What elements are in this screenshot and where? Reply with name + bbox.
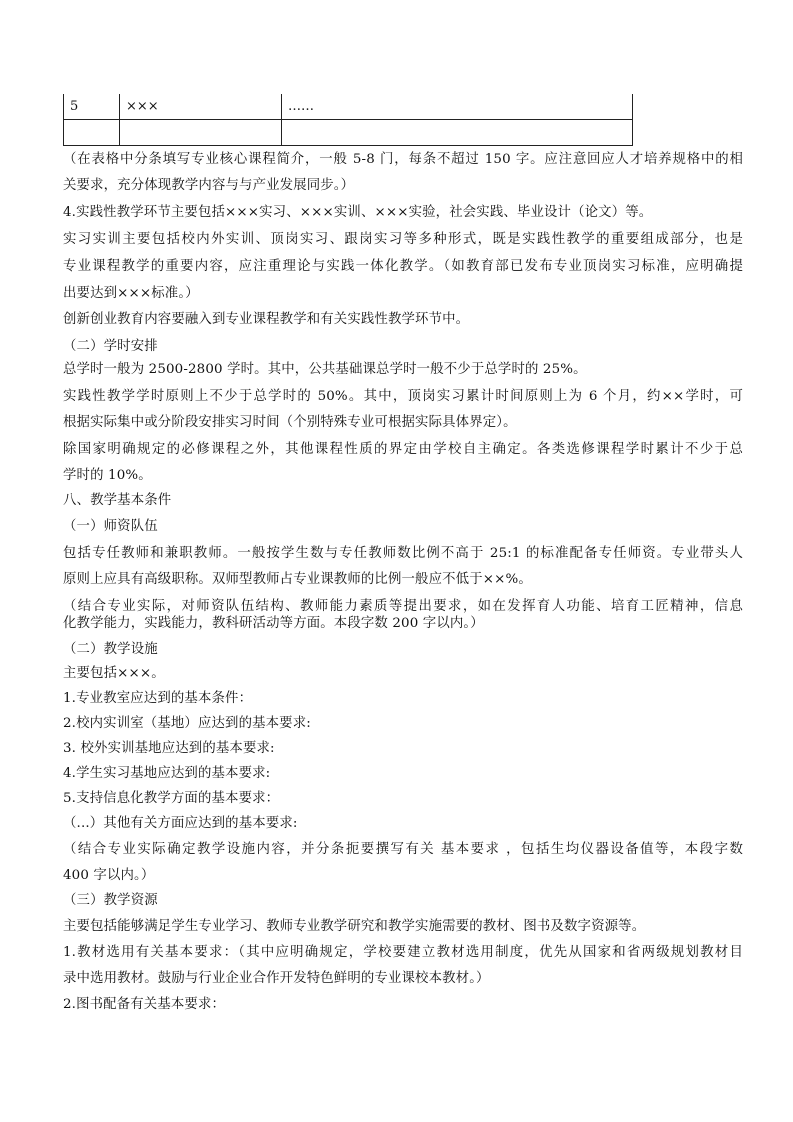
text-line: 原则上应具有高级职称。双师型教师占专业课教师的比例一般应不低于××%。 (63, 572, 743, 588)
text-line: 关要求，充分体现教学内容与与产业发展同步。） (63, 178, 743, 194)
text-line: 1.专业教室应达到的基本条件： (63, 691, 743, 707)
text-line: 八、教学基本条件 (63, 493, 743, 509)
text-line: 4.实践性教学环节主要包括×××实习、×××实训、×××实验，社会实践、毕业设计… (63, 205, 743, 221)
table-row: 5 ××× …… (64, 94, 633, 120)
text-line: 出要达到×××标准。） (63, 286, 743, 302)
text-line: 2.校内实训室（基地）应达到的基本要求: (63, 716, 743, 732)
text-line: 2.图书配备有关基本要求： (63, 997, 743, 1013)
text-line: 包括专任教师和兼职教师。一般按学生数与专任教师数比例不高于 25:1 的标准配备… (63, 546, 743, 562)
text-line: 实习实训主要包括校内外实训、顶岗实习、跟岗实习等多种形式，既是实践性教学的重要组… (63, 232, 743, 248)
text-line: 专业课程教学的重要内容，应注重理论与实践一体化教学。（如教育部已发布专业顶岗实习… (63, 259, 743, 275)
text-line: 400 字以内。） (63, 868, 743, 884)
text-line: 除国家明确规定的必修课程之外，其他课程性质的界定由学校自主确定。各类选修课程学时… (63, 442, 743, 458)
course-number-cell (64, 120, 120, 146)
text-line: 3. 校外实训基地应达到的基本要求: (63, 741, 743, 757)
text-line: （结合专业实际，对师资队伍结构、教师能力素质等提出要求，如在发挥育人功能、培育工… (63, 599, 743, 615)
text-line: 创新创业教育内容要融入到专业课程教学和有关实践性教学环节中。 (63, 312, 743, 328)
text-line: 4.学生实习基地应达到的基本要求: (63, 766, 743, 782)
text-line: 主要包括×××。 (63, 666, 743, 682)
document-page: 5 ××× …… （在表格中分条填写专业核心课程简介，一般 5-8 门，每条不超… (0, 0, 793, 1122)
course-description-cell: …… (282, 94, 633, 120)
text-line: 根据实际集中或分阶段安排实习时间（个别特殊专业可根据实际具体界定）。 (63, 415, 743, 431)
text-line: （一）师资队伍 (63, 519, 743, 535)
text-line: 总学时一般为 2500-2800 学时。其中，公共基础课总学时一般不少于总学时的… (63, 362, 743, 378)
course-number-cell: 5 (64, 94, 120, 120)
course-description-cell (282, 120, 633, 146)
core-course-table: 5 ××× …… (63, 94, 633, 146)
course-name-cell (120, 120, 282, 146)
text-line: 5.支持信息化教学方面的基本要求： (63, 791, 743, 807)
text-line: 录中选用教材。鼓励与行业企业合作开发特色鲜明的专业课校本教材。） (63, 971, 743, 987)
text-line: （三）教学资源 (63, 893, 743, 909)
text-line: （结合专业实际确定教学设施内容，并分条扼要撰写有关 基本要求 ，包括生均仪器设备… (63, 842, 743, 858)
text-line: （...）其他有关方面应达到的基本要求: (63, 816, 743, 832)
course-name-cell: ××× (120, 94, 282, 120)
text-line: 化教学能力，实践能力，教科研活动等方面。本段字数 200 字以内。） (63, 616, 743, 632)
text-line: 1.教材选用有关基本要求：（其中应明确规定，学校要建立教材选用制度，优先从国家和… (63, 945, 743, 961)
text-line: 学时的 10%。 (63, 468, 743, 484)
text-line: （在表格中分条填写专业核心课程简介，一般 5-8 门，每条不超过 150 字。应… (63, 152, 743, 168)
text-line: （二）教学设施 (63, 642, 743, 658)
table-row (64, 120, 633, 146)
text-line: 实践性教学学时原则上不少于总学时的 50%。其中，顶岗实习累计时间原则上为 6 … (63, 389, 743, 405)
text-line: 主要包括能够满足学生专业学习、教师专业教学研究和教学实施需要的教材、图书及数字资… (63, 919, 743, 935)
text-line: （二）学时安排 (63, 339, 743, 355)
